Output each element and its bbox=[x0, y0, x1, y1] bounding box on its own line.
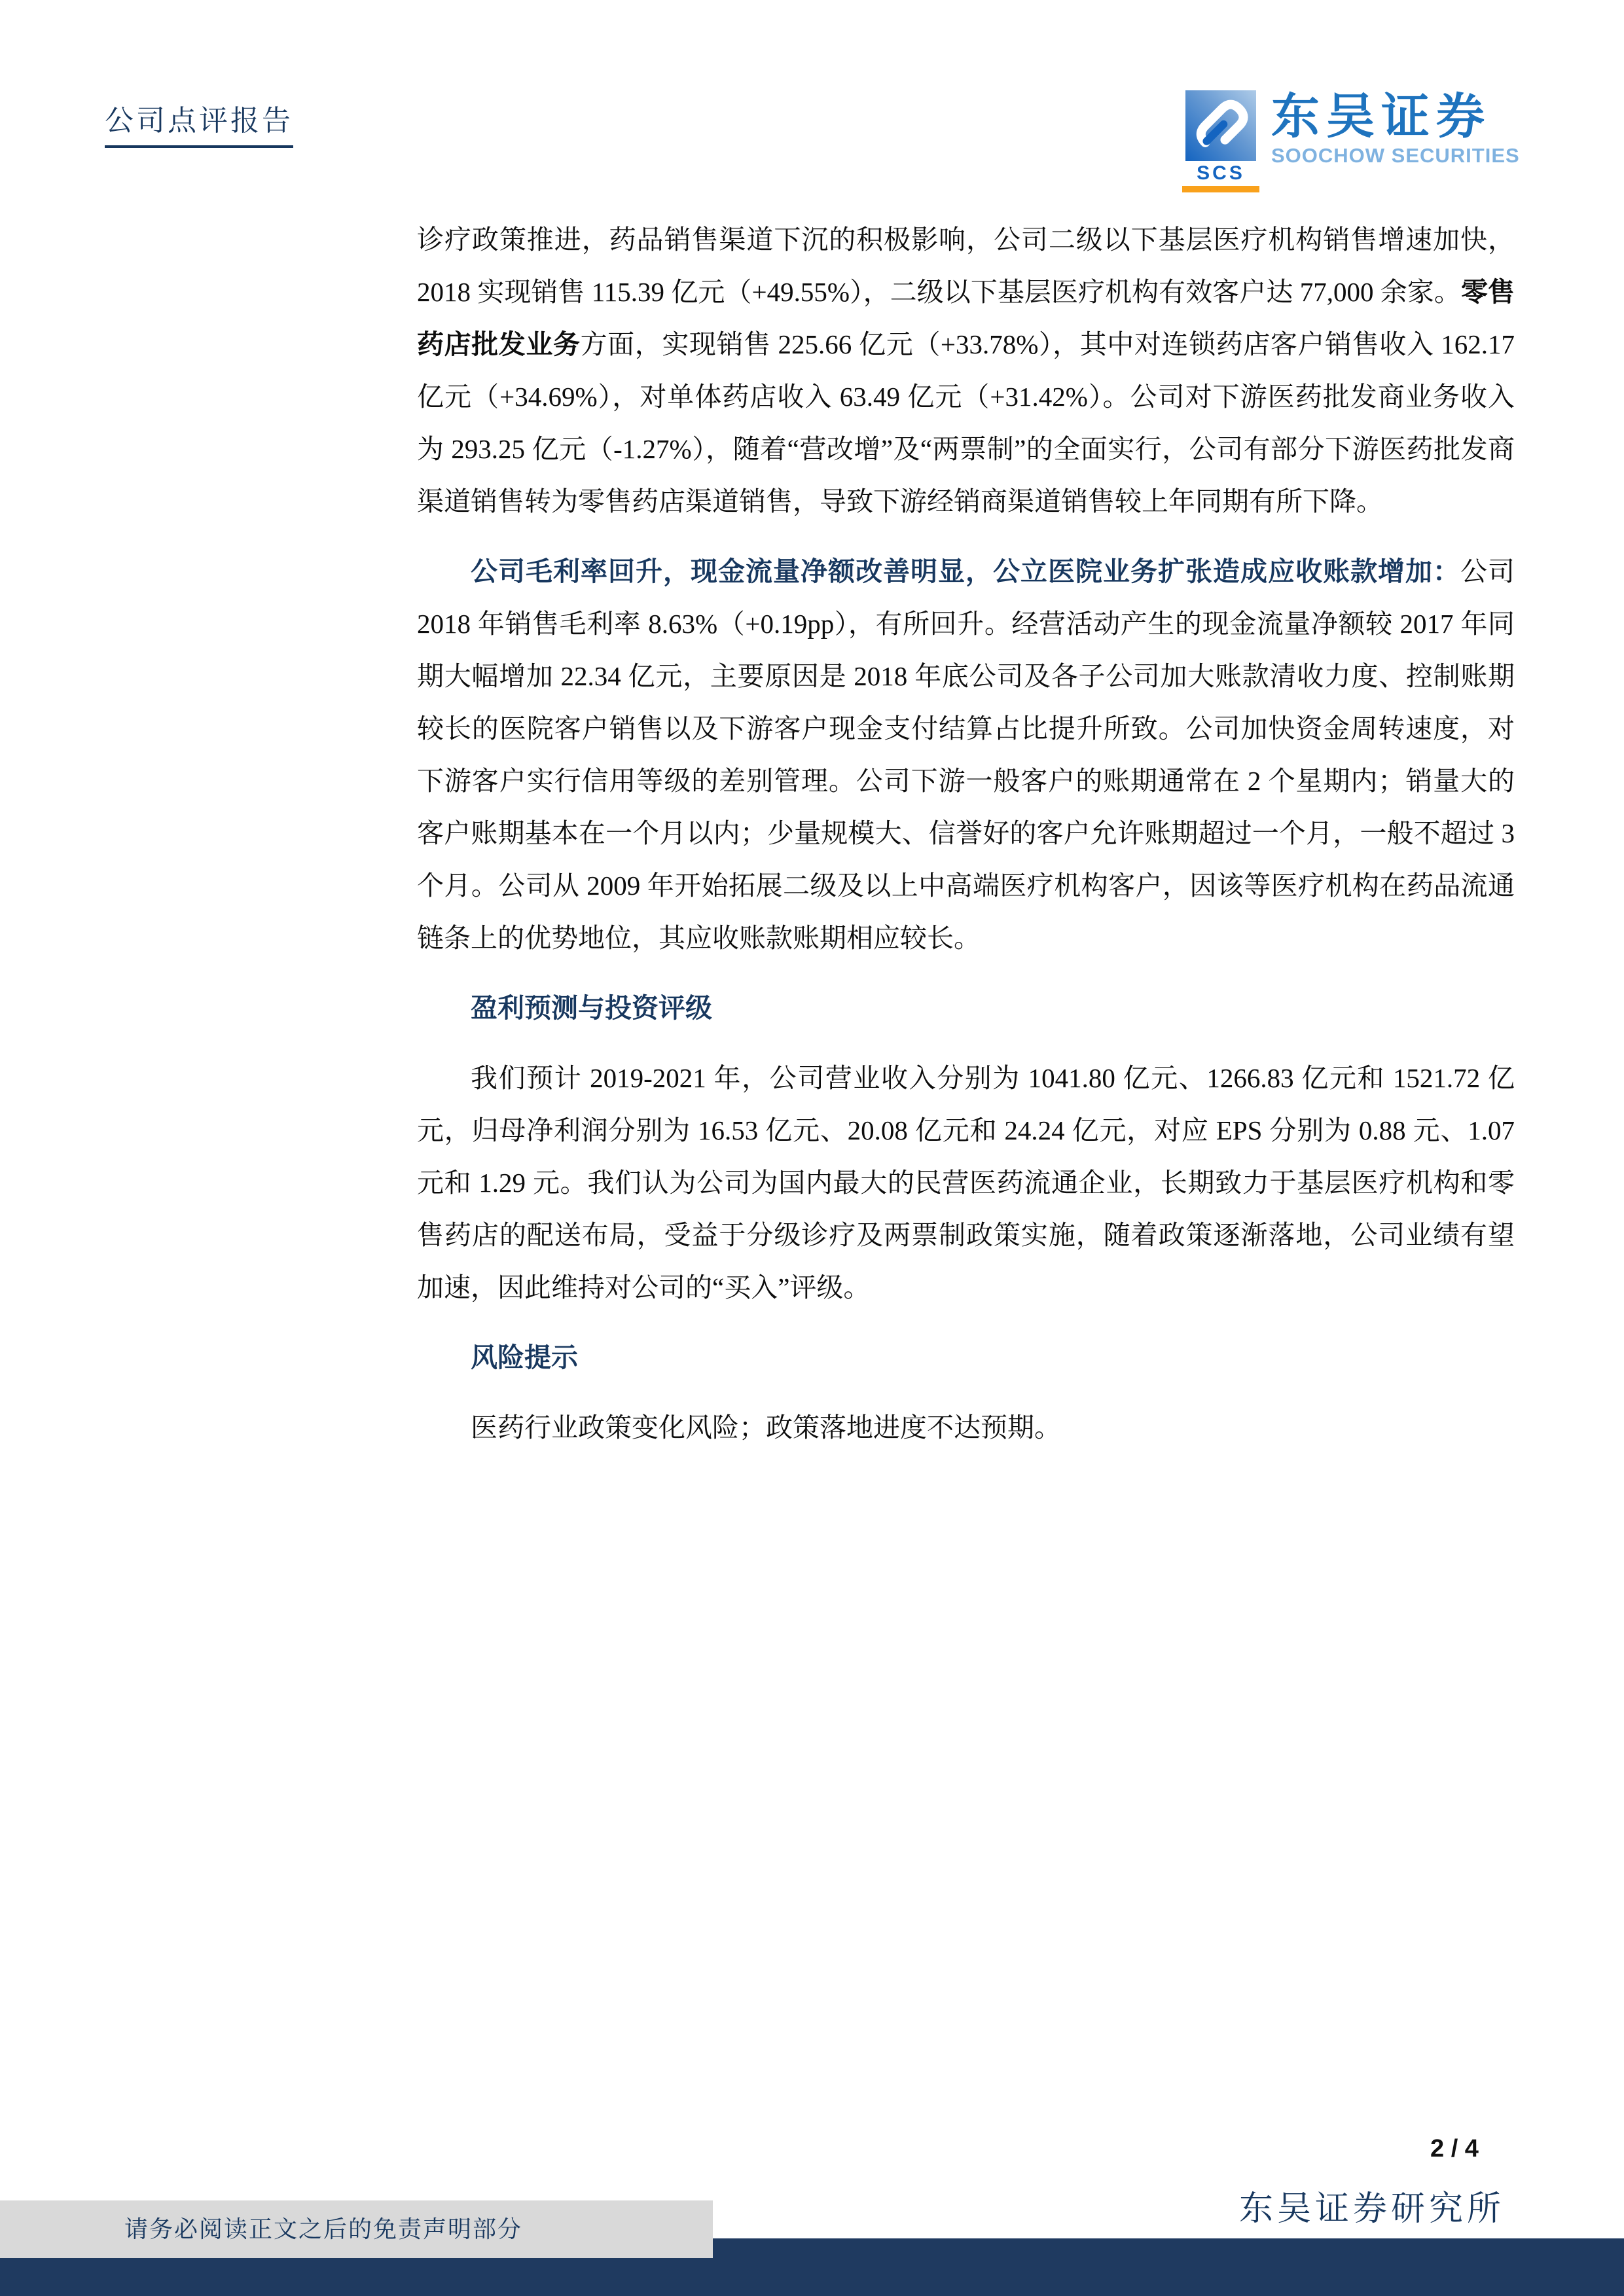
paragraph-business-review: 诊疗政策推进，药品销售渠道下沉的积极影响，公司二级以下基层医疗机构销售增速加快，… bbox=[417, 213, 1515, 528]
report-type-label: 公司点评报告 bbox=[105, 97, 293, 148]
paragraph-margin-cashflow: 公司毛利率回升，现金流量净额改善明显，公立医院业务扩张造成应收账款增加：公司 2… bbox=[417, 545, 1515, 964]
paragraph-profit-forecast: 我们预计 2019-2021 年，公司营业收入分别为 1041.80 亿元、12… bbox=[417, 1052, 1515, 1314]
research-institute-label: 东吴证券研究所 bbox=[1239, 2181, 1505, 2230]
logo-scs-text: SCS bbox=[1197, 162, 1245, 185]
page-number: 2 / 4 bbox=[1430, 2135, 1479, 2163]
margin-cashflow-text: 公司 2018 年销售毛利率 8.63%（+0.19pp），有所回升。经营活动产… bbox=[417, 556, 1515, 953]
margin-cashflow-heading: 公司毛利率回升，现金流量净额改善明显，公立医院业务扩张造成应收账款增加： bbox=[471, 556, 1460, 586]
paragraph-risk-warning: 医药行业政策变化风险；政策落地进度不达预期。 bbox=[417, 1401, 1515, 1454]
logo-mark: SCS bbox=[1182, 90, 1259, 192]
soochow-securities-logo: SCS 东吴证券 SOOCHOW SECURITIES bbox=[1182, 90, 1520, 192]
logo-orange-bar bbox=[1182, 186, 1259, 192]
disclaimer-banner: 请务必阅读正文之后的免责声明部分 bbox=[0, 2200, 713, 2258]
p1-text-before-bold: 诊疗政策推进，药品销售渠道下沉的积极影响，公司二级以下基层医疗机构销售增速加快，… bbox=[417, 224, 1515, 307]
p1-text-after-bold: 方面，实现销售 225.66 亿元（+33.78%），其中对连锁药店客户销售收入… bbox=[417, 329, 1515, 516]
report-page: 公司点评报告 SCS 东吴证券 SOOCHOW SECURITIE bbox=[0, 0, 1624, 2296]
heading-profit-forecast: 盈利预测与投资评级 bbox=[417, 982, 1515, 1034]
logo-name-en: SOOCHOW SECURITIES bbox=[1271, 143, 1520, 169]
scs-logo-icon bbox=[1185, 90, 1256, 161]
report-body: 诊疗政策推进，药品销售渠道下沉的积极影响，公司二级以下基层医疗机构销售增速加快，… bbox=[417, 213, 1515, 1454]
heading-risk-warning: 风险提示 bbox=[417, 1331, 1515, 1384]
logo-text: 东吴证券 SOOCHOW SECURITIES bbox=[1271, 90, 1520, 169]
logo-name-cn: 东吴证券 bbox=[1271, 90, 1520, 143]
